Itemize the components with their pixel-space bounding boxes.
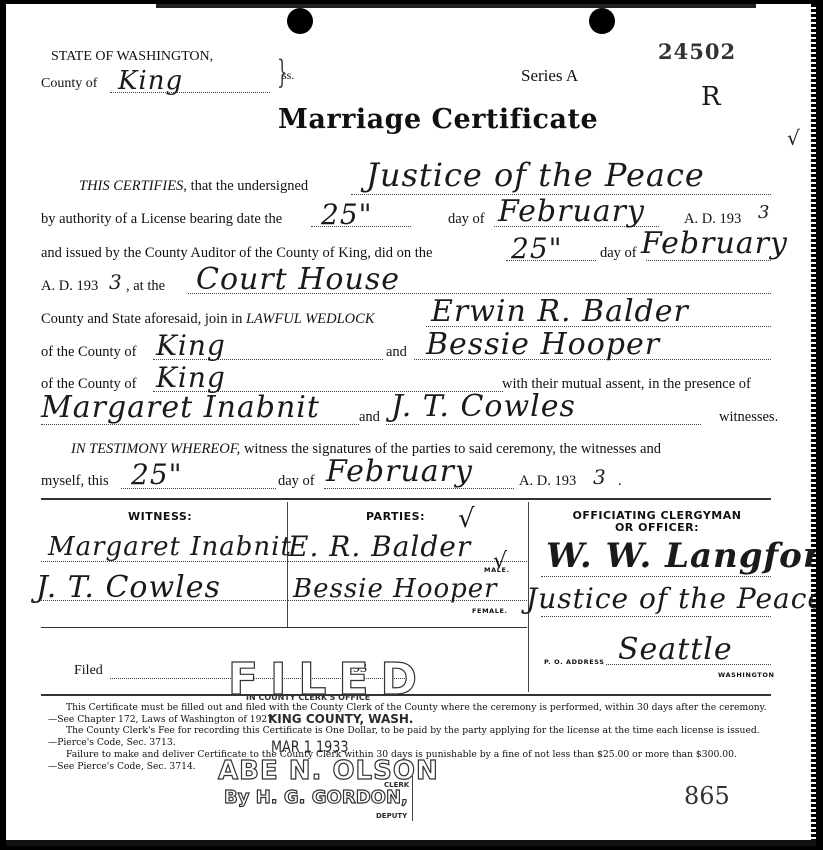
bride-name-field: Bessie Hooper [426, 327, 660, 362]
at-the-label: , at the [126, 278, 165, 295]
punch-hole-icon [589, 8, 615, 34]
check-mark-icon: √ [787, 126, 801, 150]
license-year-digit: 3 [758, 202, 770, 223]
license-line-text: by authority of a License bearing date t… [41, 211, 282, 228]
witness1-field: Margaret Inabnit [41, 390, 320, 425]
county-value: King [118, 66, 183, 96]
po-address-value: Seattle [618, 632, 733, 667]
state-label: STATE OF WASHINGTON, [51, 49, 213, 65]
issued-day-field: 25" [511, 232, 563, 265]
place-field: Court House [196, 262, 400, 297]
stamp-deputy: By H. G. GORDON, [224, 787, 408, 808]
day-of-label: day of [278, 473, 315, 490]
license-day-field: 25" [321, 198, 373, 231]
note-2-ref: —Pierce's Code, Sec. 3713. [48, 737, 778, 749]
groom-name-field: Erwin R. Balder [431, 294, 689, 329]
period: . [618, 473, 622, 490]
washington-label: WASHINGTON [718, 671, 775, 679]
witness-signature-2: J. T. Cowles [36, 570, 221, 605]
certificate-number: 24502 [658, 39, 736, 64]
groom-county-field: King [156, 329, 226, 362]
filed-label: Filed [74, 663, 103, 679]
myself-this-label: myself, this [41, 473, 109, 490]
officer-signature: W. W. Langford [546, 536, 816, 576]
of-county-label: of the County of [41, 344, 136, 361]
issued-year-digit: 3 [109, 270, 123, 294]
party-signature-male: E. R. Balder [288, 530, 471, 563]
ceremony-month-field: February [326, 454, 473, 489]
check-mark-icon: √ [493, 549, 508, 574]
certifies-line: THIS CERTIFIES, that the undersigned [79, 178, 308, 195]
female-label: FEMALE. [472, 607, 508, 615]
note-2: The County Clerk's Fee for recording thi… [48, 725, 778, 737]
day-of-label: day of [600, 245, 637, 262]
ceremony-year-label: A. D. 193 [519, 473, 576, 490]
top-border [156, 4, 756, 8]
marriage-certificate-document: STATE OF WASHINGTON, County of King } ss… [6, 4, 816, 846]
po-address-label: P. O. ADDRESS [544, 658, 605, 666]
stamp-deputy-role: DEPUTY [376, 812, 407, 820]
ceremony-day-field: 25" [131, 458, 183, 491]
and-label: and [359, 409, 380, 426]
bottom-border [6, 840, 816, 846]
officer-title-signature: Justice of the Peace [526, 582, 816, 615]
parties-header: PARTIES: [366, 510, 425, 523]
page-title: Marriage Certificate [278, 104, 598, 135]
ss-label: ss. [282, 68, 294, 83]
series-label: Series A [521, 66, 578, 86]
stamp-office: IN COUNTY CLERK'S OFFICE [246, 693, 370, 702]
stamp-county: KING COUNTY, WASH. [268, 712, 413, 726]
witness-signature-1: Margaret Inabnit [48, 532, 292, 562]
day-of-label: day of [448, 211, 485, 228]
officiant-title-field: Justice of the Peace [366, 156, 705, 194]
margin-mark: R [701, 82, 722, 112]
witness2-field: J. T. Cowles [391, 389, 576, 424]
license-month-field: February [498, 194, 645, 229]
issued-line-text: and issued by the County Auditor of the … [41, 245, 432, 262]
punch-hole-icon [287, 8, 313, 34]
issued-month-field: February [641, 226, 788, 261]
wedlock-line: County and State aforesaid, join in LAWF… [41, 311, 375, 328]
witnesses-label: witnesses. [719, 409, 778, 426]
witness-header: WITNESS: [128, 510, 192, 523]
and-label: and [386, 344, 407, 361]
county-label: County of [41, 76, 97, 92]
stamp-date: MAR 1 1933 [271, 737, 349, 756]
officer-header: OFFICIATING CLERGYMAN OR OFFICER: [562, 510, 752, 534]
ceremony-year-digit: 3 [593, 465, 607, 489]
party-signature-female: Bessie Hooper [293, 574, 498, 604]
page-number: 865 [684, 782, 730, 810]
issued-year-label: A. D. 193 [41, 278, 98, 295]
perforated-edge [811, 4, 816, 846]
